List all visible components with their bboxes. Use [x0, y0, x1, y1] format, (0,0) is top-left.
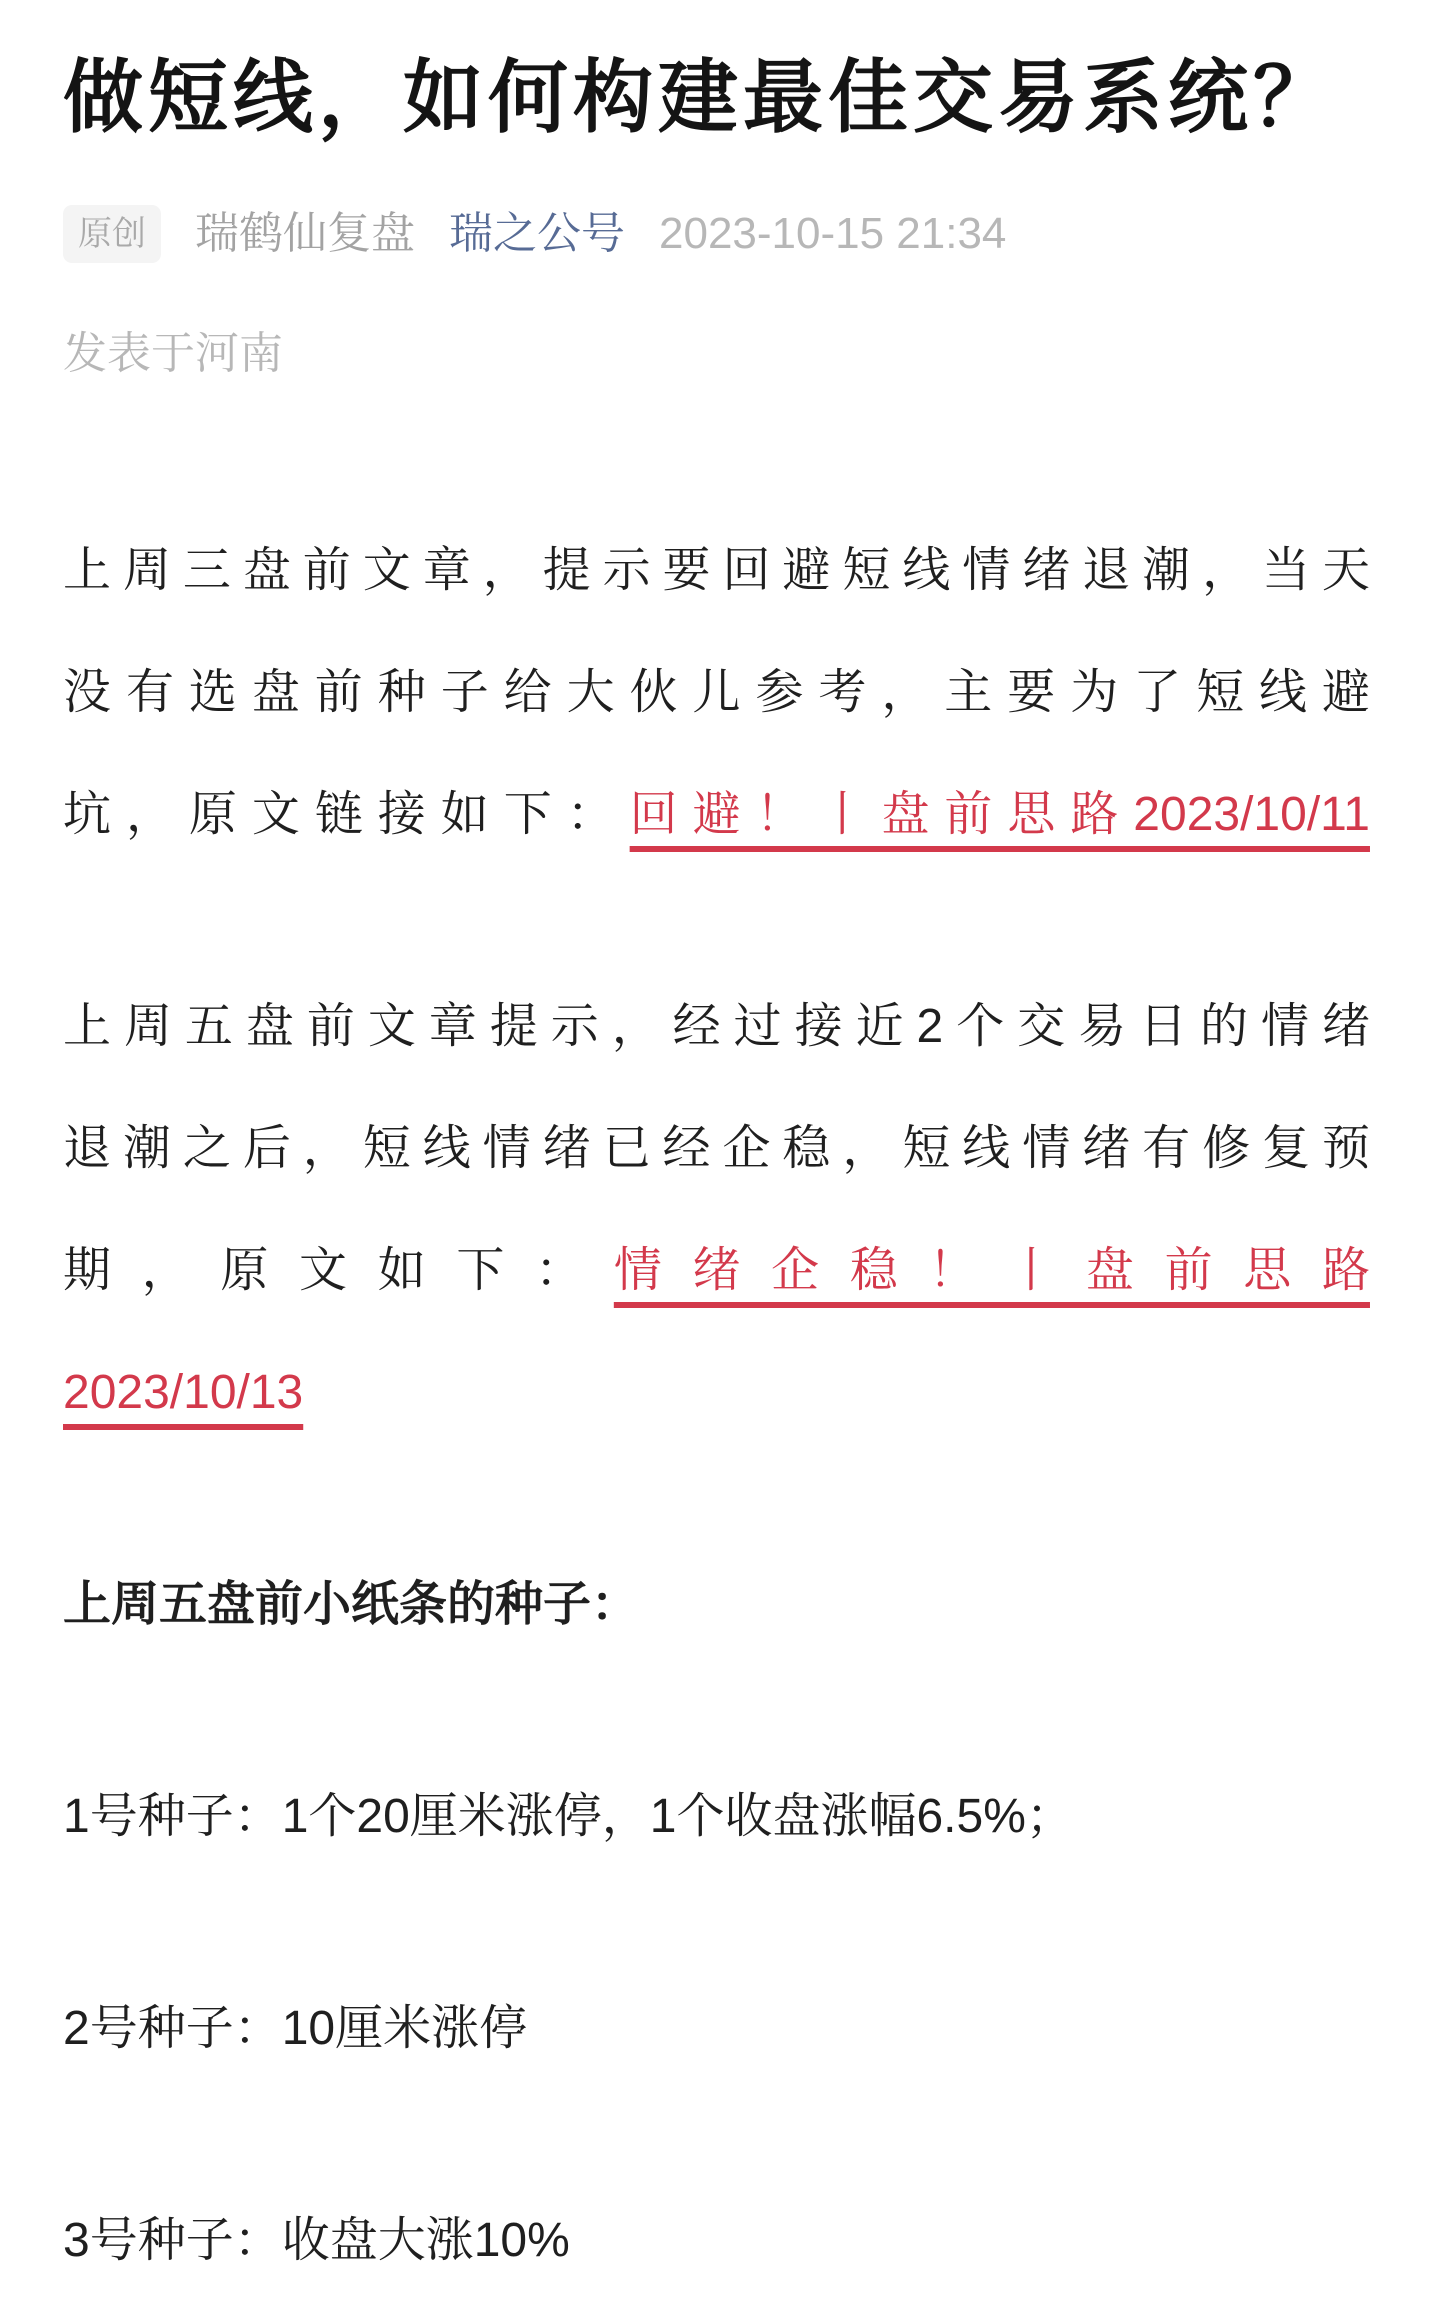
seed-item-1: 1号种子：1个20厘米涨停，1个收盘涨幅6.5%；	[63, 1756, 1370, 1878]
seeds-heading-block: 上周五盘前小纸条的种子：	[63, 1544, 1370, 1666]
p2-line4: 2023/10/13	[63, 1332, 1370, 1454]
publish-datetime: 2023-10-15 21:34	[659, 204, 1006, 264]
p2-line1: 上周五盘前文章提示，经过接近2个交易日的情绪	[63, 966, 1370, 1088]
seed-item-2: 2号种子：10厘米涨停	[63, 1968, 1370, 2090]
p1-line3: 坑，原文链接如下：回避！丨盘前思路2023/10/11	[63, 754, 1370, 876]
publish-location: 发表于河南	[63, 324, 1370, 384]
article-content: 上周三盘前文章，提示要回避短线情绪退潮，当天 没有选盘前种子给大伙儿参考，主要为…	[63, 510, 1370, 2302]
author-name: 瑞鹤仙复盘	[195, 204, 415, 264]
seed-2-text: 2号种子：10厘米涨停	[63, 1968, 1370, 2090]
p1-line1: 上周三盘前文章，提示要回避短线情绪退潮，当天	[63, 510, 1370, 632]
seed-1-text: 1号种子：1个20厘米涨停，1个收盘涨幅6.5%；	[63, 1756, 1370, 1878]
account-link[interactable]: 瑞之公号	[449, 204, 625, 264]
paragraph-1: 上周三盘前文章，提示要回避短线情绪退潮，当天 没有选盘前种子给大伙儿参考，主要为…	[63, 510, 1370, 876]
article-page: 做短线，如何构建最佳交易系统？ 原创 瑞鹤仙复盘 瑞之公号 2023-10-15…	[0, 0, 1433, 2314]
seeds-heading: 上周五盘前小纸条的种子：	[63, 1544, 1370, 1666]
p2-line3: 期，原文如下：情绪企稳！丨盘前思路	[63, 1210, 1370, 1332]
p2-line2: 退潮之后，短线情绪已经企稳，短线情绪有修复预	[63, 1088, 1370, 1210]
article-title: 做短线，如何构建最佳交易系统？	[63, 50, 1370, 146]
p2-line3-text: 期，原文如下：	[63, 1244, 614, 1297]
p1-line2: 没有选盘前种子给大伙儿参考，主要为了短线避	[63, 632, 1370, 754]
seed-item-3: 3号种子：收盘大涨10%	[63, 2180, 1370, 2302]
original-badge: 原创	[63, 205, 161, 263]
link-huibi-panqian-article[interactable]: 回避！丨盘前思路2023/10/11	[630, 788, 1370, 841]
article-meta: 原创 瑞鹤仙复盘 瑞之公号 2023-10-15 21:34	[63, 204, 1370, 264]
link-qingxu-qiwen-article[interactable]: 情绪企稳！丨盘前思路	[614, 1244, 1370, 1297]
link-qingxu-qiwen-article-date[interactable]: 2023/10/13	[63, 1366, 303, 1419]
paragraph-2: 上周五盘前文章提示，经过接近2个交易日的情绪 退潮之后，短线情绪已经企稳，短线情…	[63, 966, 1370, 1454]
p1-line3-text: 坑，原文链接如下：	[63, 788, 630, 841]
seed-3-text: 3号种子：收盘大涨10%	[63, 2180, 1370, 2302]
